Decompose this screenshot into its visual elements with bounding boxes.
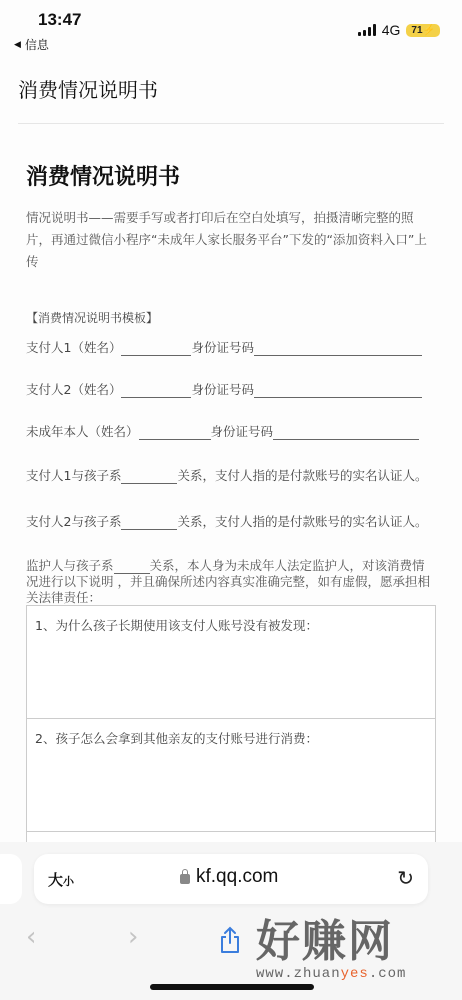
id-blank — [254, 342, 422, 356]
back-app-label: 信息 — [25, 36, 49, 53]
minor-field: 未成年本人（姓名） 身份证号码 — [26, 420, 438, 440]
text-size-small: 小 — [63, 875, 74, 888]
field-label: 支付人2（姓名） — [26, 380, 121, 398]
text-size-large: 大 — [48, 871, 63, 889]
payer1-field: 支付人1（姓名） 身份证号码 — [26, 336, 438, 356]
forward-icon[interactable]: › — [128, 922, 138, 952]
guardian-line-2: 况进行以下说明 ，并且确保所述内容真实准确完整，如有虚假，愿承担相 — [26, 574, 438, 590]
url-display[interactable]: kf.qq.com — [180, 866, 278, 888]
question-2: 2、孩子怎么会拿到其他亲友的支付账号进行消费： — [27, 719, 435, 757]
question-box-1: 1、为什么孩子长期使用该支付人账号没有被发现： — [26, 605, 436, 719]
relation-suffix: 关系，支付人指的是付款账号的实名认证人。 — [177, 512, 427, 530]
document-image: 消费情况说明书 情况说明书——需要手写或者打印后在空白处填写，拍摄清晰完整的照 … — [26, 160, 438, 628]
back-triangle-icon: ◀ — [14, 40, 21, 50]
id-blank — [254, 384, 422, 398]
guardian-prefix: 监护人与孩子系 — [26, 558, 114, 574]
intro-line-1: 情况说明书——需要手写或者打印后在空白处填写，拍摄清晰完整的照 — [26, 207, 438, 229]
status-time: 13:47 — [38, 10, 81, 30]
address-bar[interactable]: 大小 kf.qq.com ↻ — [34, 854, 428, 904]
watermark: 好赚网 www.zhuanyes.com — [256, 918, 446, 982]
question-box-2: 2、孩子怎么会拿到其他亲友的支付账号进行消费： — [26, 718, 436, 832]
wm-url-accent: yes — [341, 966, 369, 982]
id-label: 身份证号码 — [191, 380, 254, 398]
wm-url-prefix: www.zhuan — [256, 966, 341, 982]
intro-line-2: 片，再通过微信小程序“未成年人家长服务平台”下发的“添加资料入口”上传 — [26, 229, 438, 273]
relation-prefix: 支付人2与孩子系 — [26, 512, 121, 530]
battery-icon: 71⚡ — [406, 24, 440, 37]
field-label: 支付人1（姓名） — [26, 338, 121, 356]
header-divider — [18, 123, 444, 124]
text-size-button[interactable]: 大小 — [48, 869, 74, 890]
url-text: kf.qq.com — [196, 866, 278, 888]
watermark-logo: 好赚网 — [256, 918, 446, 966]
watermark-url: www.zhuanyes.com — [256, 966, 446, 982]
network-type: 4G — [382, 22, 401, 38]
id-label: 身份证号码 — [191, 338, 254, 356]
name-blank — [121, 384, 191, 398]
payer2-relation: 支付人2与孩子系 关系，支付人指的是付款账号的实名认证人。 — [26, 510, 438, 530]
question-1: 1、为什么孩子长期使用该支付人账号没有被发现： — [27, 606, 435, 644]
payer1-relation: 支付人1与孩子系 关系，支付人指的是付款账号的实名认证人。 — [26, 464, 438, 484]
field-label: 未成年本人（姓名） — [26, 422, 139, 440]
template-label: 【消费情况说明书模板】 — [26, 309, 438, 326]
payer2-field: 支付人2（姓名） 身份证号码 — [26, 378, 438, 398]
id-label: 身份证号码 — [211, 422, 274, 440]
signal-icon — [358, 24, 376, 36]
back-to-app-link[interactable]: ◀ 信息 — [14, 36, 49, 53]
previous-tab-peek[interactable] — [0, 854, 22, 904]
guardian-statement: 监护人与孩子系 关系，本人身为未成年人法定监护人，对该消费情 况进行以下说明 ，… — [26, 558, 438, 606]
id-blank — [273, 426, 419, 440]
guardian-line-3: 关法律责任： — [26, 590, 438, 606]
home-indicator — [150, 984, 314, 990]
status-indicators: 4G 71⚡ — [358, 22, 440, 38]
document-title: 消费情况说明书 — [26, 160, 438, 191]
name-blank — [121, 342, 191, 356]
reload-icon[interactable]: ↻ — [397, 866, 414, 890]
name-blank — [139, 426, 211, 440]
wm-url-suffix: .com — [369, 966, 407, 982]
page-title: 消费情况说明书 — [18, 74, 158, 103]
guardian-suffix: 关系，本人身为未成年人法定监护人，对该消费情 — [150, 558, 425, 574]
back-icon[interactable]: ‹ — [26, 922, 36, 952]
relation-prefix: 支付人1与孩子系 — [26, 466, 121, 484]
relation-blank — [121, 470, 177, 484]
status-bar: 13:47 ◀ 信息 4G 71⚡ — [0, 0, 462, 56]
share-icon[interactable] — [218, 926, 242, 954]
guardian-blank — [114, 560, 150, 574]
relation-blank — [121, 516, 177, 530]
relation-suffix: 关系，支付人指的是付款账号的实名认证人。 — [177, 466, 427, 484]
battery-level: 71 — [411, 25, 422, 36]
lock-icon — [180, 874, 190, 884]
